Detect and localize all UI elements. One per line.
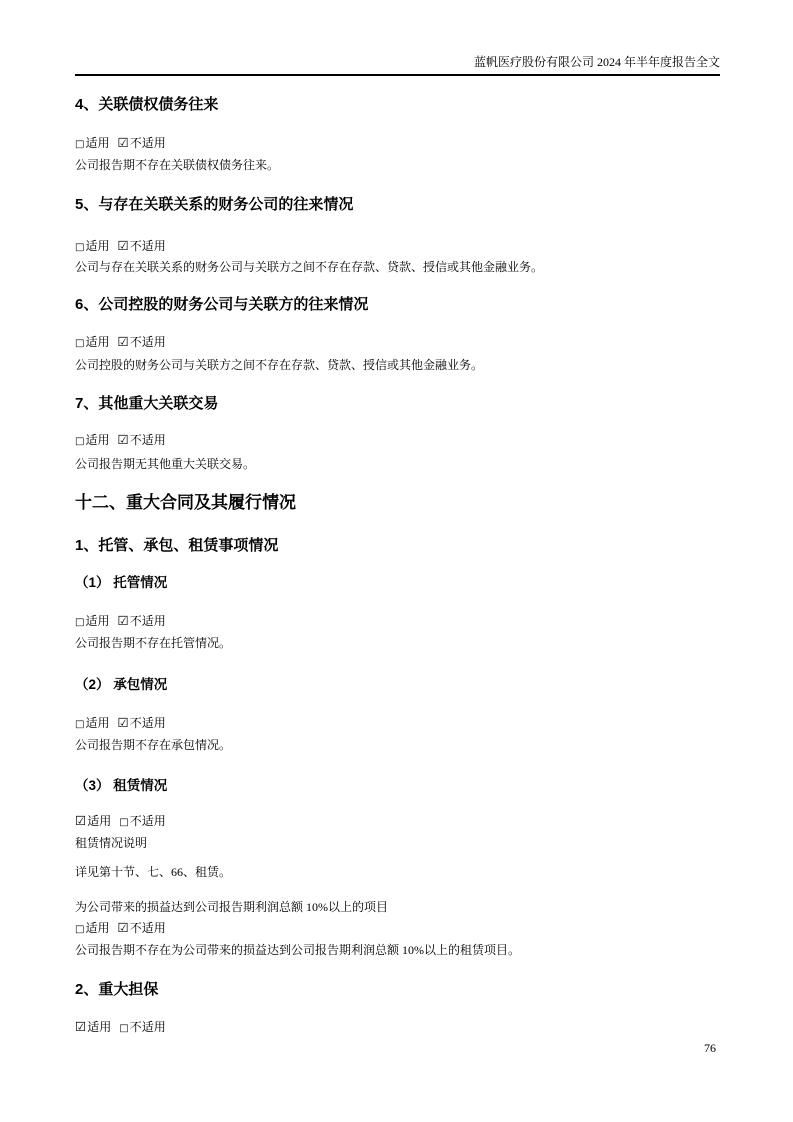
applicable-label: 适用	[87, 814, 111, 828]
not-applicable-label: 不适用	[130, 814, 166, 828]
not-applicable-option: ☑不适用	[117, 239, 165, 253]
contracting-heading: （2） 承包情况	[75, 676, 720, 693]
applicable-label: 适用	[85, 335, 109, 349]
not-applicable-label: 不适用	[130, 614, 166, 628]
section-4-body: 公司报告期不存在关联债权债务往来。	[75, 157, 720, 173]
not-applicable-option: ☑不适用	[117, 614, 165, 628]
not-applicable-label: 不适用	[130, 716, 166, 730]
header-title: 蓝帆医疗股份有限公司 2024 年半年度报告全文	[474, 55, 720, 69]
not-applicable-option: □不适用	[119, 814, 165, 828]
applicable-option: □适用	[75, 335, 109, 349]
section-7-body: 公司报告期无其他重大关联交易。	[75, 456, 720, 472]
applicability-line: □适用☑不适用	[75, 135, 720, 153]
applicable-label: 适用	[85, 921, 109, 935]
not-applicable-option: ☑不适用	[117, 136, 165, 150]
leasing-heading: （3） 租赁情况	[75, 777, 720, 794]
checkbox-checked-icon: ☑	[75, 813, 86, 828]
applicable-option: ☑适用	[75, 1020, 111, 1034]
checkbox-checked-icon: ☑	[117, 920, 128, 935]
section-6-body: 公司控股的财务公司与关联方之间不存在存款、贷款、授信或其他金融业务。	[75, 357, 720, 373]
checkbox-checked-icon: ☑	[117, 334, 128, 349]
applicability-line: ☑适用□不适用	[75, 1019, 720, 1037]
checkbox-unchecked-icon: □	[75, 617, 84, 628]
applicability-line: □适用☑不适用	[75, 613, 720, 631]
applicable-option: ☑适用	[75, 814, 111, 828]
applicable-label: 适用	[85, 716, 109, 730]
leasing-note: 详见第十节、七、66、租赁。	[75, 864, 720, 880]
leasing-profit-body: 公司报告期不存在为公司带来的损益达到公司报告期利润总额 10%以上的租赁项目。	[75, 942, 720, 958]
applicable-option: □适用	[75, 136, 109, 150]
checkbox-unchecked-icon: □	[75, 719, 84, 730]
custody-body: 公司报告期不存在托管情况。	[75, 635, 720, 651]
checkbox-checked-icon: ☑	[117, 135, 128, 150]
applicability-line: ☑适用□不适用	[75, 813, 720, 831]
applicable-option: □适用	[75, 921, 109, 935]
checkbox-checked-icon: ☑	[117, 238, 128, 253]
applicable-option: □适用	[75, 239, 109, 253]
applicable-label: 适用	[85, 239, 109, 253]
section-4-heading: 4、关联债权债务往来	[75, 95, 720, 114]
not-applicable-label: 不适用	[130, 136, 166, 150]
contracts-sub1-heading: 1、托管、承包、租赁事项情况	[75, 536, 720, 555]
applicability-line: □适用☑不适用	[75, 334, 720, 352]
checkbox-unchecked-icon: □	[119, 1023, 128, 1034]
custody-heading: （1） 托管情况	[75, 574, 720, 591]
leasing-profit-title: 为公司带来的损益达到公司报告期利润总额 10%以上的项目	[75, 899, 720, 915]
not-applicable-option: ☑不适用	[117, 716, 165, 730]
not-applicable-label: 不适用	[130, 335, 166, 349]
guarantee-heading: 2、重大担保	[75, 980, 720, 999]
not-applicable-label: 不适用	[130, 433, 166, 447]
applicability-line: □适用☑不适用	[75, 238, 720, 256]
applicable-option: □适用	[75, 716, 109, 730]
applicable-label: 适用	[87, 1020, 111, 1034]
not-applicable-option: □不适用	[119, 1020, 165, 1034]
checkbox-unchecked-icon: □	[75, 924, 84, 935]
checkbox-checked-icon: ☑	[75, 1019, 86, 1034]
contracting-body: 公司报告期不存在承包情况。	[75, 737, 720, 753]
section-5-heading: 5、与存在关联关系的财务公司的往来情况	[75, 195, 720, 214]
section-7-heading: 7、其他重大关联交易	[75, 394, 720, 413]
applicability-line: □适用☑不适用	[75, 715, 720, 733]
checkbox-unchecked-icon: □	[75, 242, 84, 253]
section-6-heading: 6、公司控股的财务公司与关联方的往来情况	[75, 295, 720, 314]
applicable-option: □适用	[75, 614, 109, 628]
not-applicable-option: ☑不适用	[117, 921, 165, 935]
not-applicable-label: 不适用	[130, 921, 166, 935]
applicable-label: 适用	[85, 614, 109, 628]
document-page: 蓝帆医疗股份有限公司 2024 年半年度报告全文 4、关联债权债务往来 □适用☑…	[0, 0, 793, 1122]
applicability-line: □适用☑不适用	[75, 920, 720, 938]
section-5-body: 公司与存在关联关系的财务公司与关联方之间不存在存款、贷款、授信或其他金融业务。	[75, 259, 720, 275]
checkbox-checked-icon: ☑	[117, 715, 128, 730]
applicable-label: 适用	[85, 433, 109, 447]
checkbox-checked-icon: ☑	[117, 432, 128, 447]
applicable-option: □适用	[75, 433, 109, 447]
not-applicable-label: 不适用	[130, 1020, 166, 1034]
applicable-label: 适用	[85, 136, 109, 150]
not-applicable-option: ☑不适用	[117, 433, 165, 447]
checkbox-checked-icon: ☑	[117, 613, 128, 628]
applicability-line: □适用☑不适用	[75, 432, 720, 450]
chapter-12-heading: 十二、重大合同及其履行情况	[75, 492, 720, 513]
checkbox-unchecked-icon: □	[75, 139, 84, 150]
page-number: 76	[704, 1041, 716, 1055]
checkbox-unchecked-icon: □	[75, 338, 84, 349]
not-applicable-label: 不适用	[130, 239, 166, 253]
page-header: 蓝帆医疗股份有限公司 2024 年半年度报告全文	[75, 55, 720, 76]
leasing-note-label: 租赁情况说明	[75, 835, 720, 851]
checkbox-unchecked-icon: □	[119, 817, 128, 828]
not-applicable-option: ☑不适用	[117, 335, 165, 349]
checkbox-unchecked-icon: □	[75, 436, 84, 447]
